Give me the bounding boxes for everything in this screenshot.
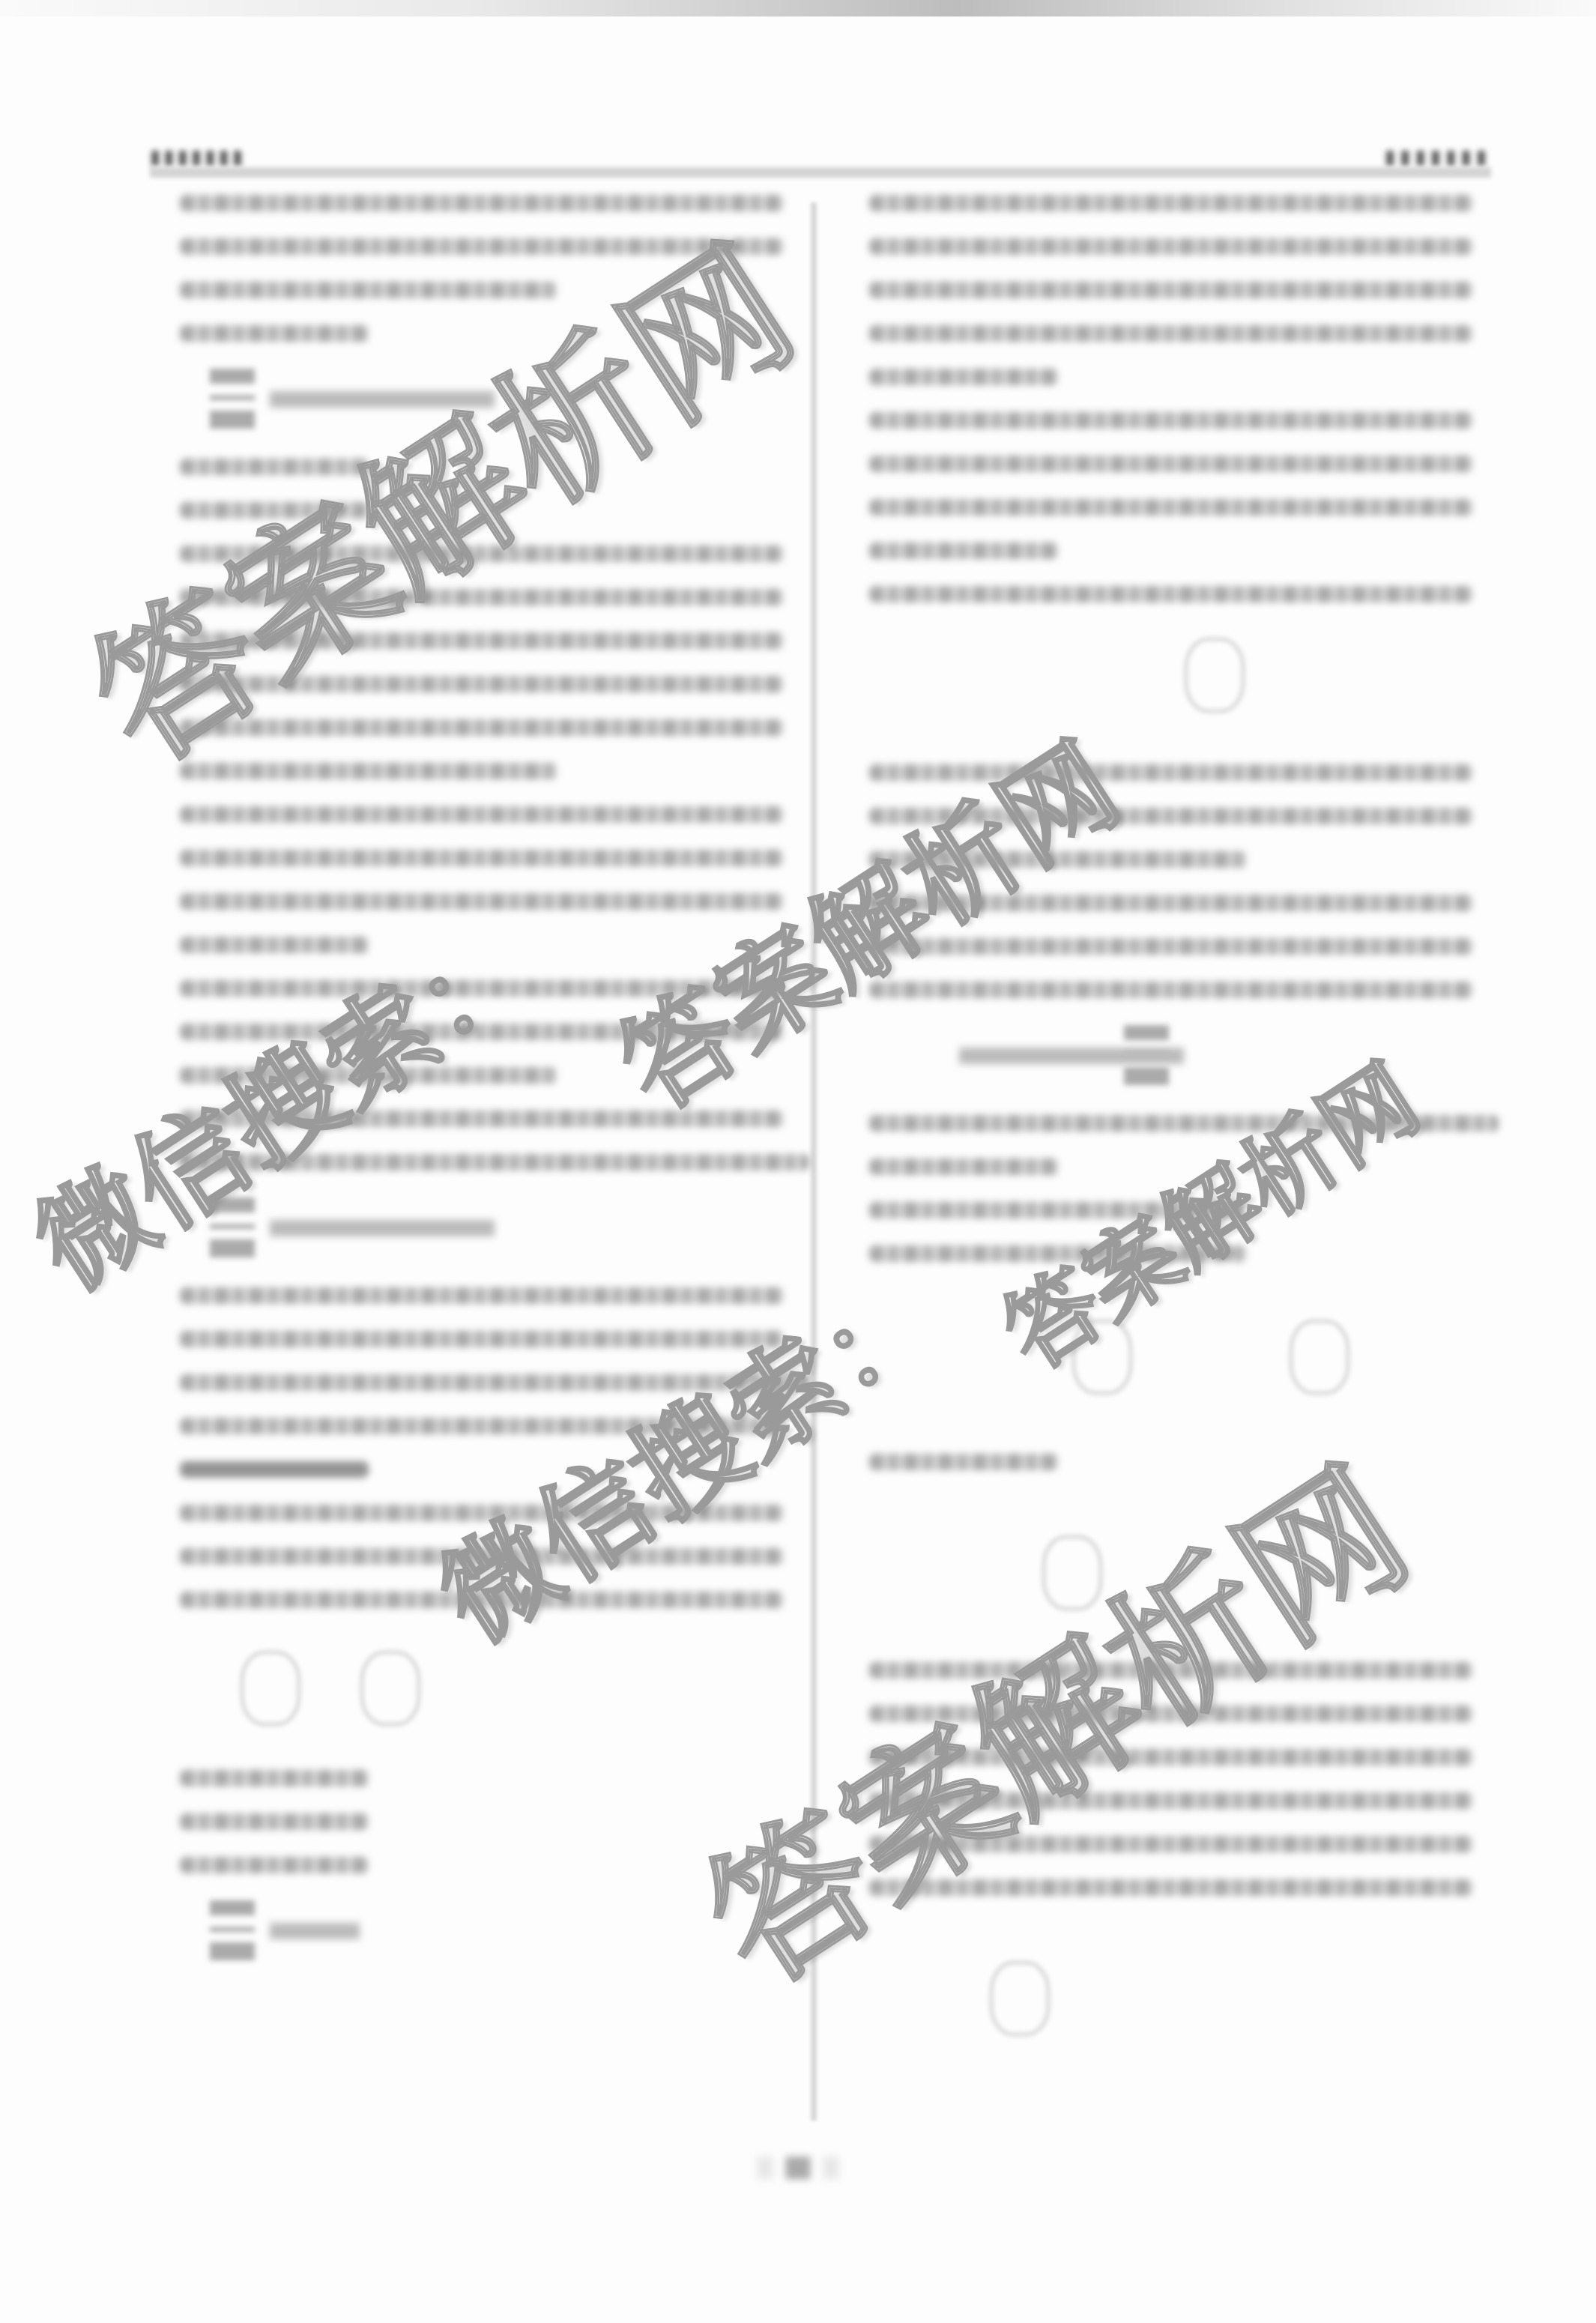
text-line <box>869 412 1473 429</box>
text-line <box>869 456 1473 472</box>
text-line <box>180 1770 369 1786</box>
chemical-structure <box>869 1923 1499 2065</box>
text-line <box>180 806 784 823</box>
text-line <box>180 1287 784 1304</box>
text-line <box>180 850 784 866</box>
text-line <box>180 937 369 953</box>
text-line <box>869 543 1058 559</box>
text-line <box>869 325 1473 342</box>
text-line <box>869 1159 1058 1175</box>
header-rule <box>150 167 1491 178</box>
formula <box>180 1197 809 1265</box>
text-line <box>180 763 557 779</box>
text-line <box>180 282 557 298</box>
text-line <box>869 282 1473 298</box>
page-header: ▮▮▮▮▮▮▮ ▮▮▮▮▮▮▮ <box>150 146 1491 176</box>
header-right-text: ▮▮▮▮▮▮▮ <box>1385 146 1491 169</box>
text-line <box>180 325 369 342</box>
text-line <box>180 1331 784 1347</box>
text-line <box>180 1813 369 1830</box>
section-heading <box>180 1461 369 1478</box>
text-line <box>180 1857 369 1873</box>
text-line <box>869 499 1473 516</box>
text-line <box>869 195 1473 211</box>
text-line <box>869 369 1058 385</box>
scan-edge-shadow <box>0 0 1596 16</box>
header-left-text: ▮▮▮▮▮▮▮ <box>150 146 246 169</box>
text-line <box>869 586 1473 602</box>
chemical-structure <box>869 1289 1499 1431</box>
text-line <box>869 238 1473 255</box>
chemical-structure <box>869 629 1499 742</box>
text-line <box>869 982 1473 998</box>
text-line <box>869 1454 1058 1470</box>
formula <box>869 1025 1499 1093</box>
page-number <box>757 2157 839 2179</box>
